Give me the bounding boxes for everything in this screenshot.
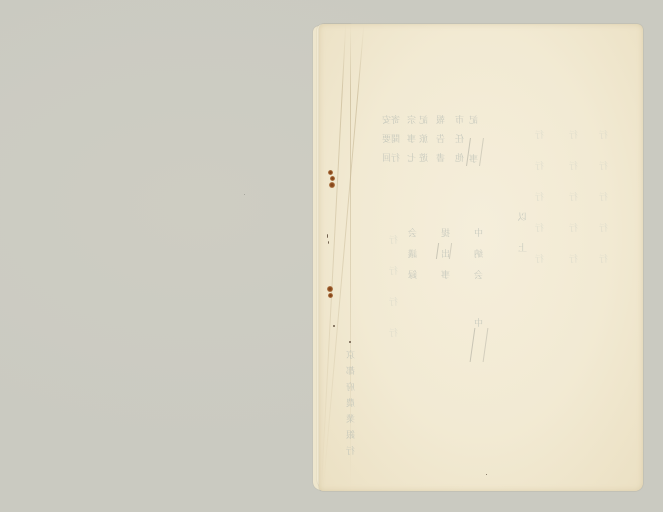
speck (328, 241, 329, 244)
rust-stain (329, 182, 335, 188)
bleed-through-text: 報告書 (437, 115, 447, 172)
bleed-through-text: 提出事 (442, 228, 452, 291)
bleed-through-text: 宗事七 (408, 115, 418, 172)
rust-stain (330, 176, 335, 181)
speck (244, 194, 245, 195)
faint-bleed-text: 行行行行行 (536, 130, 546, 285)
bleed-through-text: 京都府農業銀行 (347, 350, 357, 462)
speck (349, 341, 351, 343)
bleed-through-text: 以上 (519, 212, 529, 274)
handwritten-mark (436, 243, 452, 259)
page-crease (323, 24, 365, 491)
faint-bleed-text: 行行行行行 (600, 130, 610, 285)
speck (333, 325, 335, 327)
rust-stain (328, 170, 333, 175)
bleed-through-text: 会議録 (409, 228, 419, 291)
speck (327, 234, 328, 238)
rust-stain (327, 286, 333, 292)
bleed-through-text: 記旅遊 (420, 115, 430, 172)
bleed-through-text: 市任他 (456, 115, 466, 172)
bleed-through-text: 寄聞行 (392, 115, 402, 172)
bleed-through-text: 中納会 (475, 228, 485, 291)
speck (486, 474, 487, 475)
faint-bleed-text: 行行行行行 (570, 130, 580, 285)
rust-stain (328, 293, 333, 298)
faint-bleed-text: 行行行行 (390, 235, 400, 359)
